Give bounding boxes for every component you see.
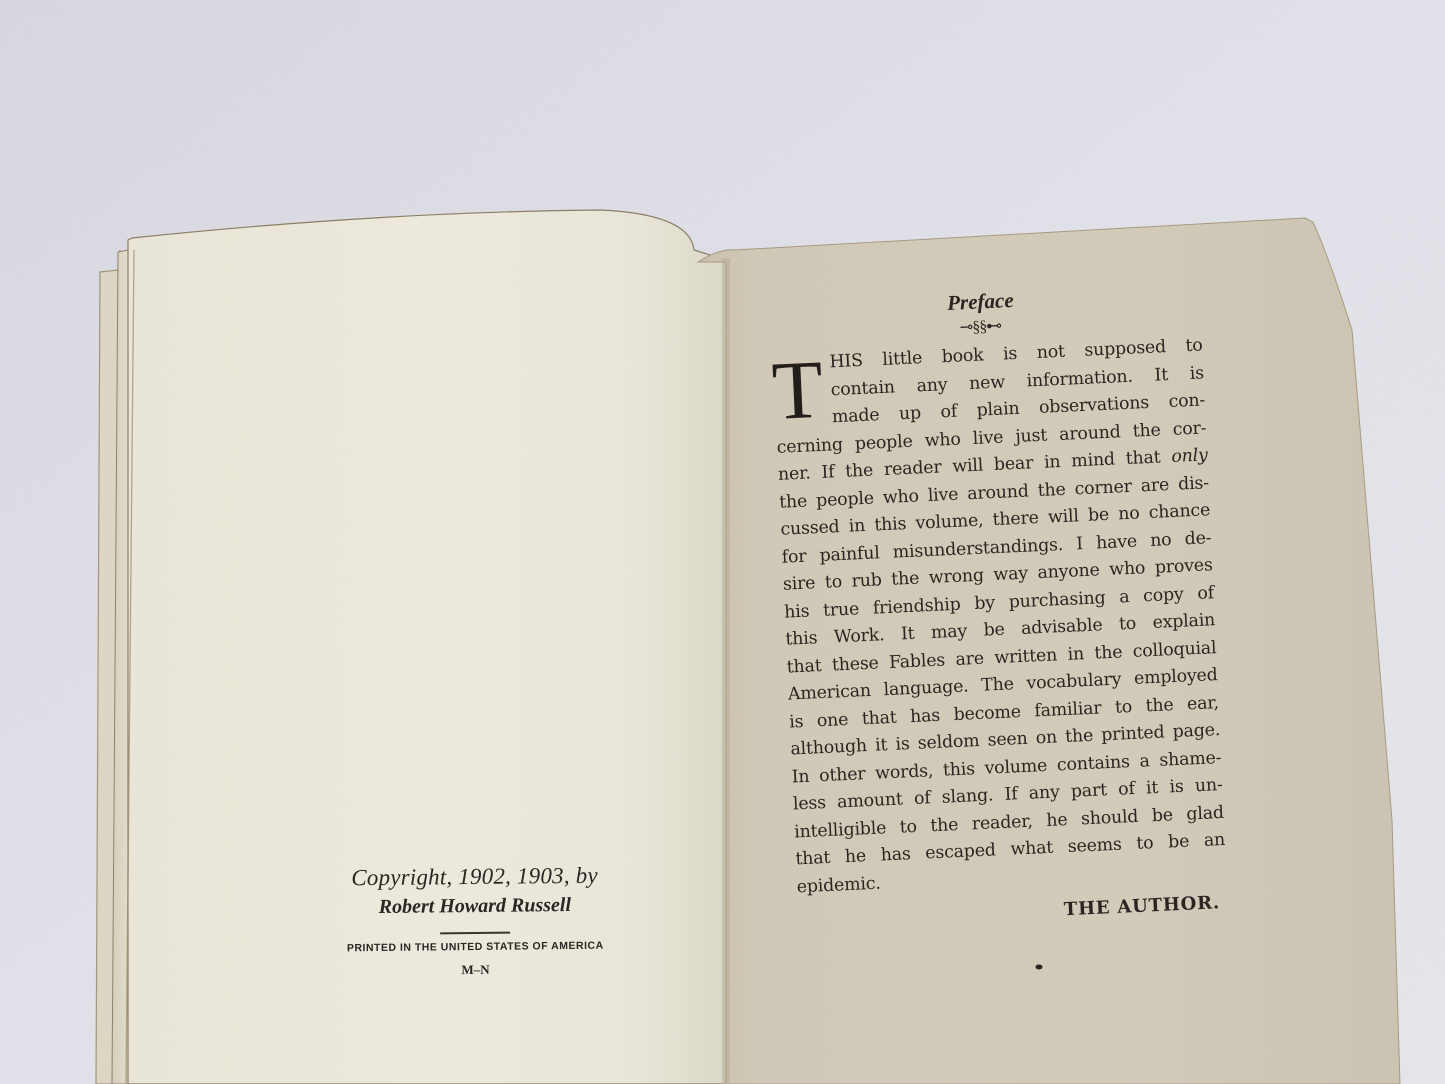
- drop-cap: T: [771, 356, 824, 424]
- preface-block: Preface ⊸§§⊷ T HIS little book is not su…: [770, 278, 1228, 932]
- printed-notice: PRINTED IN THE UNITED STATES OF AMERICA: [330, 938, 620, 955]
- preface-body: T HIS little book is not supposed to con…: [772, 332, 1227, 901]
- italic-word: only: [1171, 445, 1208, 467]
- page-text-layer: Copyright, 1902, 1903, by Robert Howard …: [0, 0, 1445, 1084]
- copyright-line: Copyright, 1902, 1903, by: [329, 860, 619, 893]
- edition-code: M–N: [330, 960, 620, 979]
- copyright-block: Copyright, 1902, 1903, by Robert Howard …: [329, 860, 620, 979]
- divider-rule: [440, 932, 510, 935]
- publisher-name: Robert Howard Russell: [330, 890, 620, 921]
